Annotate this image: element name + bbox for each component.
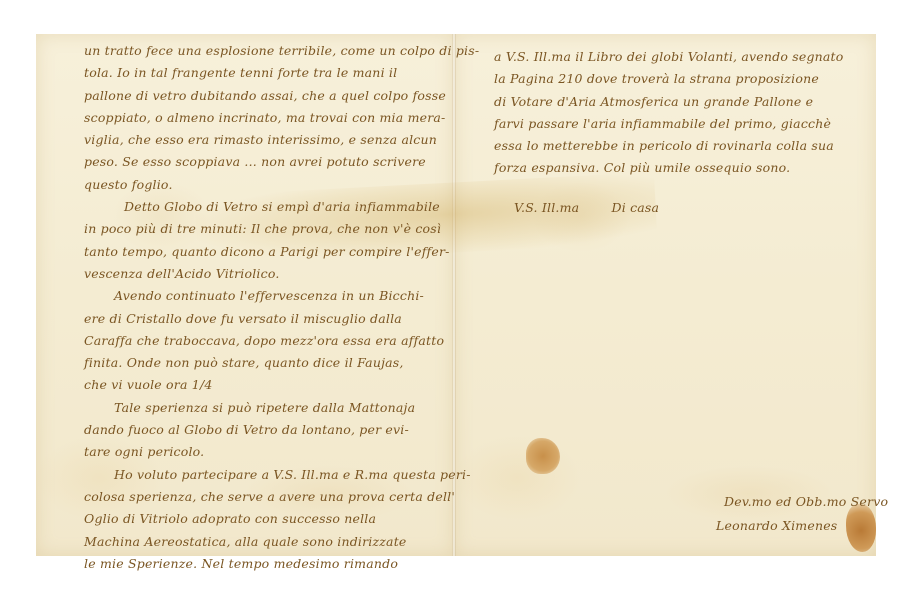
left-page-text: un tratto fece una esplosione terribile,… xyxy=(84,40,454,575)
text-line: che vi vuole ora 1/4 xyxy=(84,374,454,396)
text-line: Detto Globo di Vetro si empì d'aria infi… xyxy=(84,196,454,218)
text-line: Tale sperienza si può ripetere dalla Mat… xyxy=(84,397,454,419)
address-note: V.S. Ill.ma Di casa xyxy=(514,200,687,215)
text-line: Avendo continuato l'effervescenza in un … xyxy=(84,285,454,307)
signature-name: Leonardo Ximenes xyxy=(716,514,888,538)
text-line: vescenza dell'Acido Vitriolico. xyxy=(84,263,454,285)
recipient-abbrev: V.S. Ill.ma xyxy=(514,200,579,215)
ink-blot-stain xyxy=(526,438,560,474)
text-line: finita. Onde non può stare, quanto dice … xyxy=(84,352,454,374)
text-line: ere di Cristallo dove fu versato il misc… xyxy=(84,308,454,330)
text-line: tola. Io in tal frangente tenni forte tr… xyxy=(84,62,454,84)
text-line: tanto tempo, quanto dicono a Parigi per … xyxy=(84,241,454,263)
manuscript-letter: un tratto fece una esplosione terribile,… xyxy=(36,34,876,556)
text-line: dando fuoco al Globo di Vetro da lontano… xyxy=(84,419,454,441)
text-line: viglia, che esso era rimasto interissimo… xyxy=(84,129,454,151)
text-line: farvi passare l'aria infiammabile del pr… xyxy=(494,113,874,135)
closing-formula: Dev.mo ed Obb.mo Servo xyxy=(716,490,888,514)
text-line: peso. Se esso scoppiava ... non avrei po… xyxy=(84,151,454,173)
text-line: la Pagina 210 dove troverà la strana pro… xyxy=(494,68,874,90)
text-line: Machina Aereostatica, alla quale sono in… xyxy=(84,531,454,553)
text-line: a V.S. Ill.ma il Libro dei globi Volanti… xyxy=(494,46,874,68)
text-line: in poco più di tre minuti: Il che prova,… xyxy=(84,218,454,240)
text-line: colosa sperienza, che serve a avere una … xyxy=(84,486,454,508)
text-line: forza espansiva. Col più umile ossequio … xyxy=(494,157,874,179)
text-line: Caraffa che traboccava, dopo mezz'ora es… xyxy=(84,330,454,352)
text-line: tare ogni pericolo. xyxy=(84,441,454,463)
signature-block: Dev.mo ed Obb.mo Servo Leonardo Ximenes xyxy=(716,490,888,538)
text-line: pallone di vetro dubitando assai, che a … xyxy=(84,85,454,107)
text-line: di Votare d'Aria Atmosferica un grande P… xyxy=(494,91,874,113)
text-line: le mie Sperienze. Nel tempo medesimo rim… xyxy=(84,553,454,575)
text-line: questo foglio. xyxy=(84,174,454,196)
text-line: un tratto fece una esplosione terribile,… xyxy=(84,40,454,62)
text-line: essa lo metterebbe in pericolo di rovina… xyxy=(494,135,874,157)
text-line: scoppiato, o almeno incrinato, ma trovai… xyxy=(84,107,454,129)
right-page-text: a V.S. Ill.ma il Libro dei globi Volanti… xyxy=(494,46,874,180)
text-line: Oglio di Vitriolo adoprato con successo … xyxy=(84,508,454,530)
from-house: Di casa xyxy=(611,200,659,215)
text-line: Ho voluto partecipare a V.S. Ill.ma e R.… xyxy=(84,464,454,486)
